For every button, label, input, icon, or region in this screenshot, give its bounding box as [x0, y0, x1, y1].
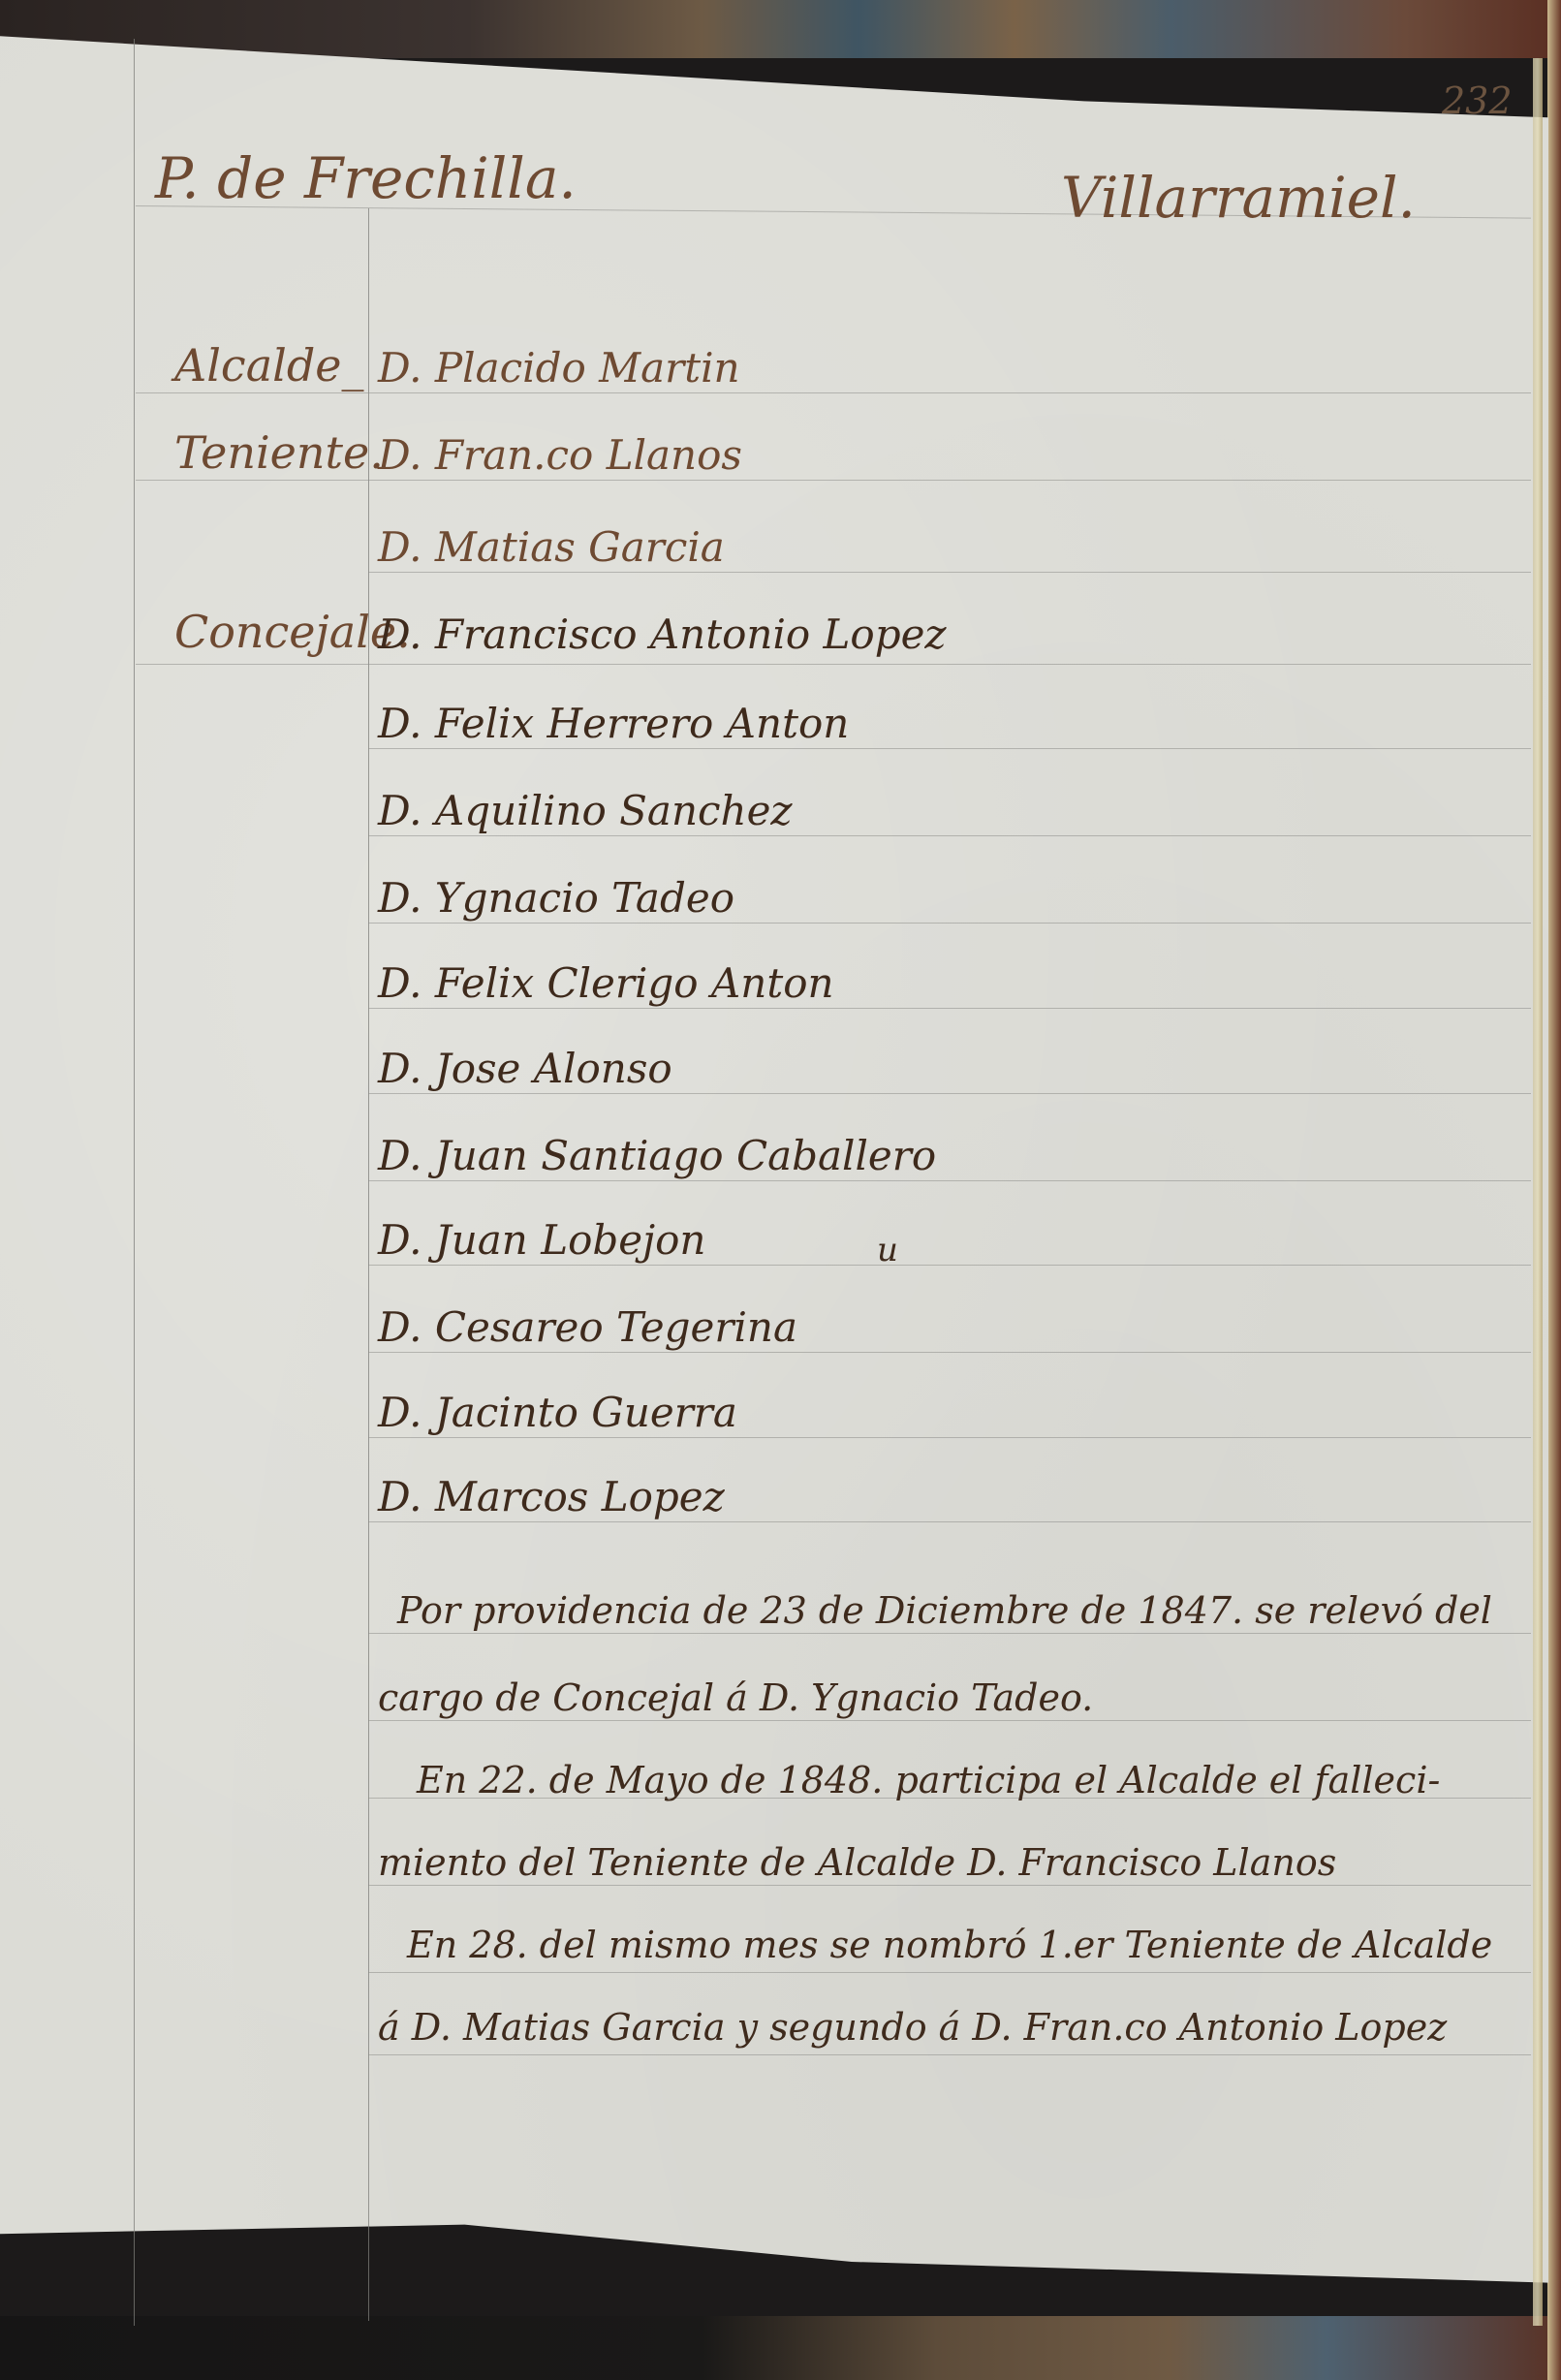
ruled-line [368, 1093, 1531, 1094]
ruled-line [368, 1352, 1531, 1353]
official-name: D. Ygnacio Tadeo [378, 874, 734, 922]
ruled-line [368, 1008, 1531, 1009]
margin-mark: u [877, 1231, 898, 1269]
book-binding-right [1547, 0, 1561, 2380]
ruled-line [368, 1180, 1531, 1181]
ruled-line [368, 1633, 1531, 1634]
official-name: D. Jose Alonso [378, 1045, 672, 1092]
official-name: D. Marcos Lopez [378, 1473, 725, 1520]
ruled-line [368, 572, 1531, 573]
ruled-line [368, 1521, 1531, 1522]
note-line: Por providencia de 23 de Diciembre de 18… [397, 1589, 1492, 1632]
official-name: D. Matias Garcia [378, 523, 725, 571]
ruled-line [136, 392, 1531, 393]
official-name: D. Juan Lobejon [378, 1216, 705, 1264]
role-concejales: Concejale. [174, 606, 411, 658]
margin-rule-left [134, 39, 135, 2326]
official-name: D. Jacinto Guerra [378, 1389, 737, 1436]
note-line: miento del Teniente de Alcalde D. Franci… [378, 1841, 1336, 1884]
official-name: D. Felix Herrero Anton [378, 700, 849, 747]
official-name: D. Aquilino Sanchez [378, 787, 793, 834]
book-binding-top [0, 0, 1561, 58]
note-line: á D. Matias Garcia y segundo á D. Fran.c… [378, 2006, 1447, 2049]
district-heading: P. de Frechilla. [155, 145, 577, 211]
ruled-line [368, 1265, 1531, 1266]
page-number: 232 [1442, 79, 1513, 122]
ruled-line [368, 1720, 1531, 1721]
role-alcalde: Alcalde_ [174, 339, 364, 391]
note-line: En 28. del mismo mes se nombró 1.er Teni… [407, 1924, 1492, 1966]
official-name: D. Fran.co Llanos [378, 431, 742, 479]
ruled-line [368, 1972, 1531, 1973]
note-line: cargo de Concejal á D. Ygnacio Tadeo. [378, 1676, 1093, 1719]
ruled-line [368, 1437, 1531, 1438]
official-name: D. Felix Clerigo Anton [378, 959, 834, 1007]
page-edge [1533, 58, 1543, 2326]
ruled-line [368, 835, 1531, 836]
official-name: D. Francisco Antonio Lopez [378, 611, 947, 658]
ruled-line [136, 480, 1531, 481]
official-name: D. Juan Santiago Caballero [378, 1132, 936, 1179]
ruled-line [368, 923, 1531, 924]
ruled-line [368, 1885, 1531, 1886]
ruled-line [368, 748, 1531, 749]
ruled-line [368, 2054, 1531, 2055]
ruled-line [136, 664, 1531, 665]
official-name: D. Placido Martin [378, 344, 740, 391]
role-teniente: Teniente. [174, 426, 384, 479]
book-binding-bottom [0, 2316, 1561, 2380]
note-line: En 22. de Mayo de 1848. participa el Alc… [417, 1759, 1440, 1801]
municipality-heading: Villarramiel. [1061, 165, 1416, 231]
official-name: D. Cesareo Tegerina [378, 1303, 797, 1351]
